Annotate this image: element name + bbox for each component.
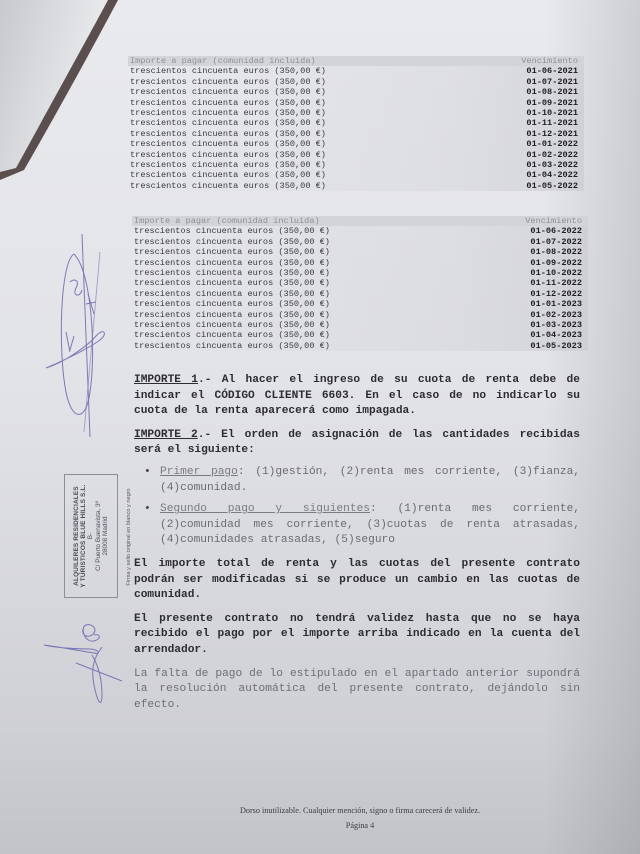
amount-cell: trescientos cincuenta euros (350,00 €) xyxy=(130,87,326,97)
header-amount: Importe a pagar (comunidad incluida) xyxy=(134,216,320,226)
amount-cell: trescientos cincuenta euros (350,00 €) xyxy=(130,66,326,76)
company-stamp: ALQUILERES RESIDENCIALES Y TURISTICOS BL… xyxy=(64,474,118,598)
clause-modification: El importe total de renta y las cuotas d… xyxy=(134,557,580,604)
amount-cell: trescientos cincuenta euros (350,00 €) xyxy=(134,247,330,257)
table-row: trescientos cincuenta euros (350,00 €)01… xyxy=(128,129,584,139)
amount-cell: trescientos cincuenta euros (350,00 €) xyxy=(134,341,330,351)
due-date-cell: 01-05-2022 xyxy=(526,181,578,191)
bullet-label: Segundo pago y siguientes xyxy=(160,503,370,515)
clause-label: IMPORTE 2 xyxy=(134,429,198,441)
table-row: trescientos cincuenta euros (350,00 €)01… xyxy=(128,108,584,118)
clause-importe-2: IMPORTE 2.- El orden de asignación de la… xyxy=(134,428,580,459)
table-row: trescientos cincuenta euros (350,00 €)01… xyxy=(132,226,588,236)
clause-importe-1: IMPORTE 1.- Al hacer el ingreso de su cu… xyxy=(134,373,580,420)
due-date-cell: 01-08-2022 xyxy=(530,247,582,257)
page-curl xyxy=(0,0,130,180)
due-date-cell: 01-04-2023 xyxy=(530,330,582,340)
stamp-line-4: C/ Puerto Buenavista, 3ª xyxy=(95,474,102,598)
clause-text: .- El orden de asignación de las cantida… xyxy=(134,429,580,457)
table-body: trescientos cincuenta euros (350,00 €)01… xyxy=(132,226,588,351)
table-row: trescientos cincuenta euros (350,00 €)01… xyxy=(132,237,588,247)
table-row: trescientos cincuenta euros (350,00 €)01… xyxy=(132,299,588,309)
table-row: trescientos cincuenta euros (350,00 €)01… xyxy=(132,289,588,299)
due-date-cell: 01-12-2022 xyxy=(530,289,582,299)
clause-non-payment: La falta de pago de lo estipulado en el … xyxy=(134,667,580,714)
table-row: trescientos cincuenta euros (350,00 €)01… xyxy=(132,258,588,268)
due-date-cell: 01-06-2021 xyxy=(526,66,578,76)
amount-cell: trescientos cincuenta euros (350,00 €) xyxy=(130,98,326,108)
stamp-line-2: Y TURISTICOS BLUE HILLS S.L. xyxy=(80,474,87,598)
stamp-line-5: 28008 Madrid xyxy=(102,474,109,598)
due-date-cell: 01-06-2022 xyxy=(530,226,582,236)
stamp-text: ALQUILERES RESIDENCIALES Y TURISTICOS BL… xyxy=(73,474,109,598)
list-item-first-payment: Primer pago: (1)gestión, (2)renta mes co… xyxy=(160,465,580,496)
amount-cell: trescientos cincuenta euros (350,00 €) xyxy=(134,258,330,268)
due-date-cell: 01-07-2022 xyxy=(530,237,582,247)
stamp-line-1: ALQUILERES RESIDENCIALES xyxy=(73,474,80,598)
amount-cell: trescientos cincuenta euros (350,00 €) xyxy=(130,170,326,180)
table-row: trescientos cincuenta euros (350,00 €)01… xyxy=(128,66,584,76)
table-row: trescientos cincuenta euros (350,00 €)01… xyxy=(128,150,584,160)
due-date-cell: 01-10-2022 xyxy=(530,268,582,278)
due-date-cell: 01-11-2021 xyxy=(526,118,578,128)
table-row: trescientos cincuenta euros (350,00 €)01… xyxy=(132,268,588,278)
amount-cell: trescientos cincuenta euros (350,00 €) xyxy=(134,278,330,288)
table-row: trescientos cincuenta euros (350,00 €)01… xyxy=(132,320,588,330)
amount-cell: trescientos cincuenta euros (350,00 €) xyxy=(130,150,326,160)
amount-cell: trescientos cincuenta euros (350,00 €) xyxy=(130,108,326,118)
amount-cell: trescientos cincuenta euros (350,00 €) xyxy=(134,330,330,340)
amount-cell: trescientos cincuenta euros (350,00 €) xyxy=(134,299,330,309)
clause-text: .- Al hacer el ingreso de su cuota de re… xyxy=(134,374,580,417)
header-due-date: Vencimiento xyxy=(525,216,582,226)
header-amount: Importe a pagar (comunidad incluida) xyxy=(130,56,316,66)
table-row: trescientos cincuenta euros (350,00 €)01… xyxy=(132,341,588,351)
amount-cell: trescientos cincuenta euros (350,00 €) xyxy=(130,77,326,87)
table-row: trescientos cincuenta euros (350,00 €)01… xyxy=(128,77,584,87)
table-row: trescientos cincuenta euros (350,00 €)01… xyxy=(128,87,584,97)
signature-upper xyxy=(30,232,140,442)
stamp-note: Firma y sello original en blanco y negro xyxy=(124,474,134,600)
table-row: trescientos cincuenta euros (350,00 €)01… xyxy=(128,118,584,128)
table-row: trescientos cincuenta euros (350,00 €)01… xyxy=(128,181,584,191)
table-row: trescientos cincuenta euros (350,00 €)01… xyxy=(132,278,588,288)
table-body: trescientos cincuenta euros (350,00 €)01… xyxy=(128,66,584,191)
table-header: Importe a pagar (comunidad incluida) Ven… xyxy=(132,216,588,226)
due-date-cell: 01-01-2023 xyxy=(530,299,582,309)
amount-cell: trescientos cincuenta euros (350,00 €) xyxy=(130,118,326,128)
due-date-cell: 01-04-2022 xyxy=(526,170,578,180)
amount-cell: trescientos cincuenta euros (350,00 €) xyxy=(134,310,330,320)
due-date-cell: 01-02-2022 xyxy=(526,150,578,160)
due-date-cell: 01-01-2022 xyxy=(526,139,578,149)
amount-cell: trescientos cincuenta euros (350,00 €) xyxy=(130,139,326,149)
amount-cell: trescientos cincuenta euros (350,00 €) xyxy=(134,320,330,330)
table-row: trescientos cincuenta euros (350,00 €)01… xyxy=(132,330,588,340)
amount-cell: trescientos cincuenta euros (350,00 €) xyxy=(134,237,330,247)
table-header: Importe a pagar (comunidad incluida) Ven… xyxy=(128,56,584,66)
table-row: trescientos cincuenta euros (350,00 €)01… xyxy=(128,98,584,108)
amount-cell: trescientos cincuenta euros (350,00 €) xyxy=(130,129,326,139)
clause-label: IMPORTE 1 xyxy=(134,374,198,386)
footer-notice: Dorso inutilizable. Cualquier mención, s… xyxy=(40,806,640,815)
page-number: Página 4 xyxy=(40,821,640,830)
table-row: trescientos cincuenta euros (350,00 €)01… xyxy=(128,139,584,149)
payment-schedule-table-1: Importe a pagar (comunidad incluida) Ven… xyxy=(128,56,584,191)
amount-cell: trescientos cincuenta euros (350,00 €) xyxy=(134,289,330,299)
due-date-cell: 01-09-2022 xyxy=(530,258,582,268)
payment-order-list: Primer pago: (1)gestión, (2)renta mes co… xyxy=(134,465,580,549)
amount-cell: trescientos cincuenta euros (350,00 €) xyxy=(130,160,326,170)
header-due-date: Vencimiento xyxy=(521,56,578,66)
table-row: trescientos cincuenta euros (350,00 €)01… xyxy=(128,170,584,180)
signature-lower xyxy=(40,615,140,720)
list-item-subsequent-payments: Segundo pago y siguientes: (1)renta mes … xyxy=(160,502,580,549)
payment-schedule-table-2: Importe a pagar (comunidad incluida) Ven… xyxy=(132,216,588,351)
table-row: trescientos cincuenta euros (350,00 €)01… xyxy=(132,310,588,320)
amount-cell: trescientos cincuenta euros (350,00 €) xyxy=(130,181,326,191)
due-date-cell: 01-02-2023 xyxy=(530,310,582,320)
contract-clauses: IMPORTE 1.- Al hacer el ingreso de su cu… xyxy=(134,373,580,721)
due-date-cell: 01-07-2021 xyxy=(526,77,578,87)
due-date-cell: 01-09-2021 xyxy=(526,98,578,108)
due-date-cell: 01-12-2021 xyxy=(526,129,578,139)
table-row: trescientos cincuenta euros (350,00 €)01… xyxy=(132,247,588,257)
bullet-label: Primer pago xyxy=(160,466,238,478)
amount-cell: trescientos cincuenta euros (350,00 €) xyxy=(134,268,330,278)
table-row: trescientos cincuenta euros (350,00 €)01… xyxy=(128,160,584,170)
due-date-cell: 01-11-2022 xyxy=(530,278,582,288)
amount-cell: trescientos cincuenta euros (350,00 €) xyxy=(134,226,330,236)
clause-validity: El presente contrato no tendrá validez h… xyxy=(134,612,580,659)
stamp-note-text: Firma y sello original en blanco y negro xyxy=(126,488,132,585)
due-date-cell: 01-05-2023 xyxy=(530,341,582,351)
due-date-cell: 01-08-2021 xyxy=(526,87,578,97)
due-date-cell: 01-10-2021 xyxy=(526,108,578,118)
due-date-cell: 01-03-2023 xyxy=(530,320,582,330)
due-date-cell: 01-03-2022 xyxy=(526,160,578,170)
stamp-line-3: B- xyxy=(87,474,94,598)
